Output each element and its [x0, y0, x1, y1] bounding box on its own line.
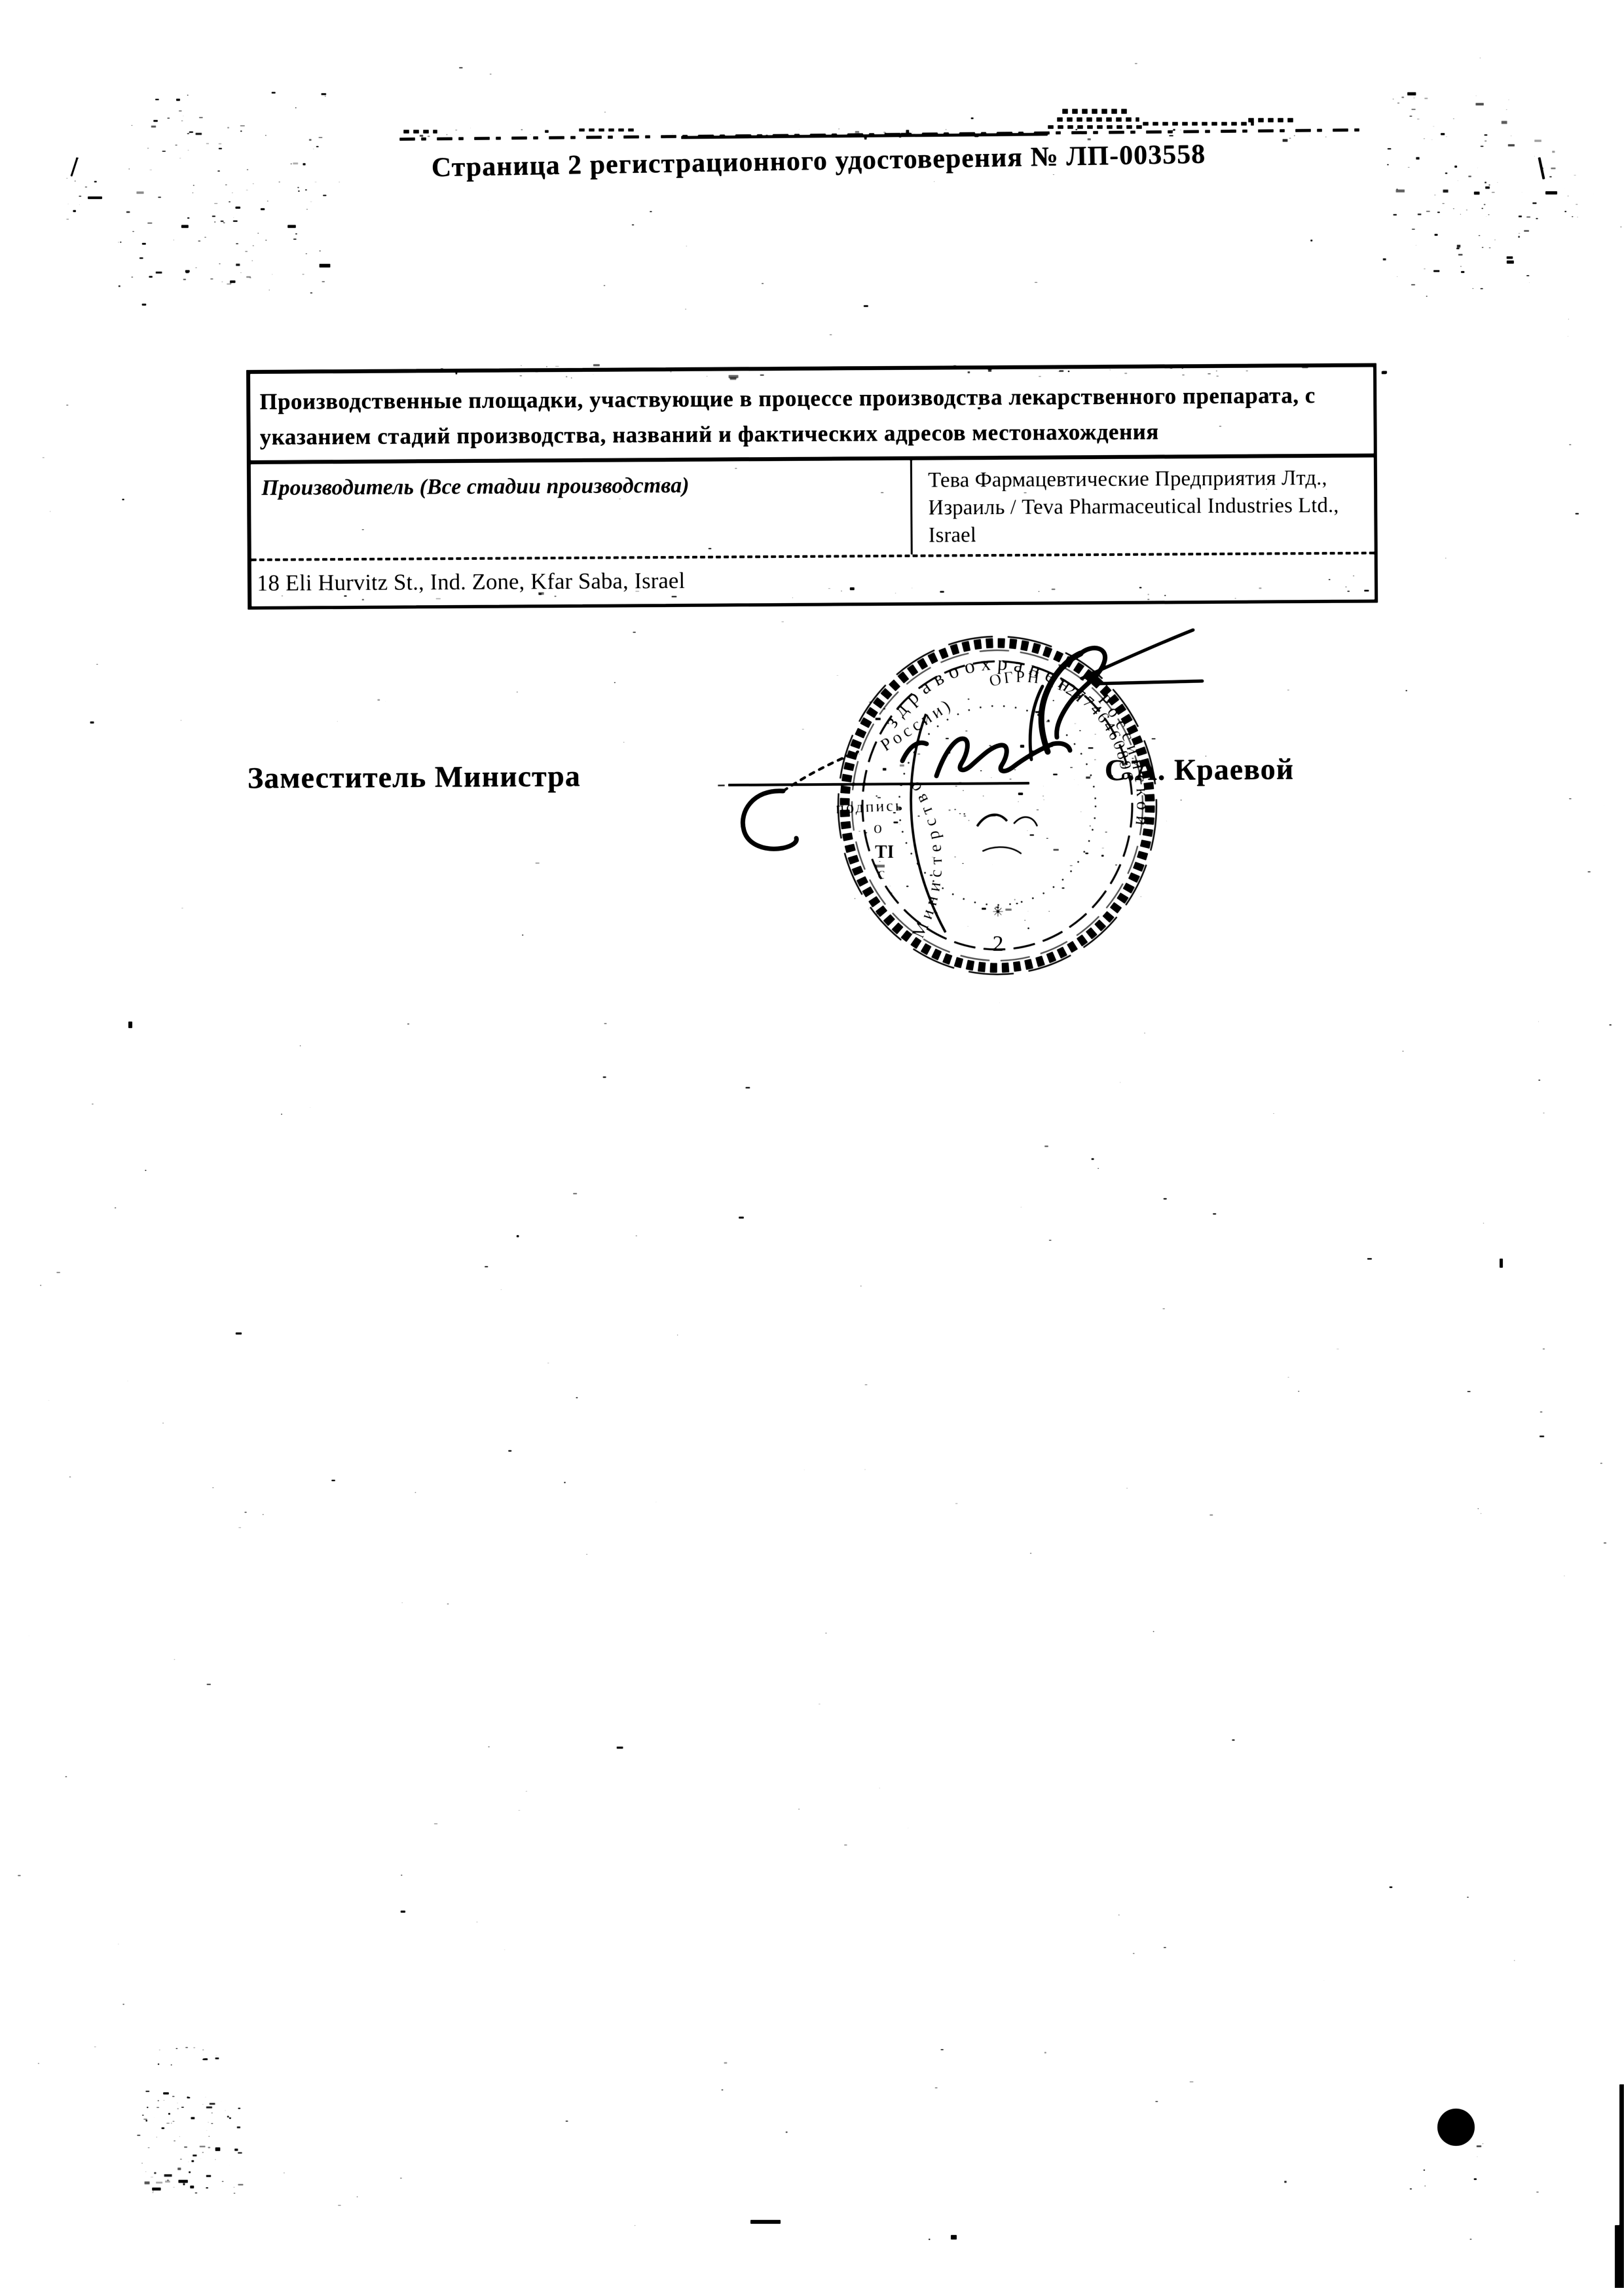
signoff-block: Заместитель Министра подпись С.А. Краево… [0, 0, 1624, 2288]
signature-stroke [1082, 630, 1193, 678]
signature-stroke [936, 739, 1070, 776]
signature-stroke [1041, 654, 1080, 752]
signatory-title: Заместитель Министра [248, 758, 581, 795]
stamp-number: 2 [993, 932, 1004, 956]
signature-stroke [743, 791, 796, 849]
hole-punch-dot [1437, 2109, 1475, 2146]
stamp-star-mark: ✳ [992, 904, 1004, 920]
handwritten-signature [681, 609, 1238, 884]
signature-stroke [783, 752, 858, 791]
scanned-certificate-page: Страница 2 регистрационного удостоверени… [0, 0, 1624, 2288]
signature-stroke [902, 743, 927, 761]
scan-edge-artifact [1615, 2225, 1624, 2288]
signature-stroke [1098, 681, 1202, 684]
